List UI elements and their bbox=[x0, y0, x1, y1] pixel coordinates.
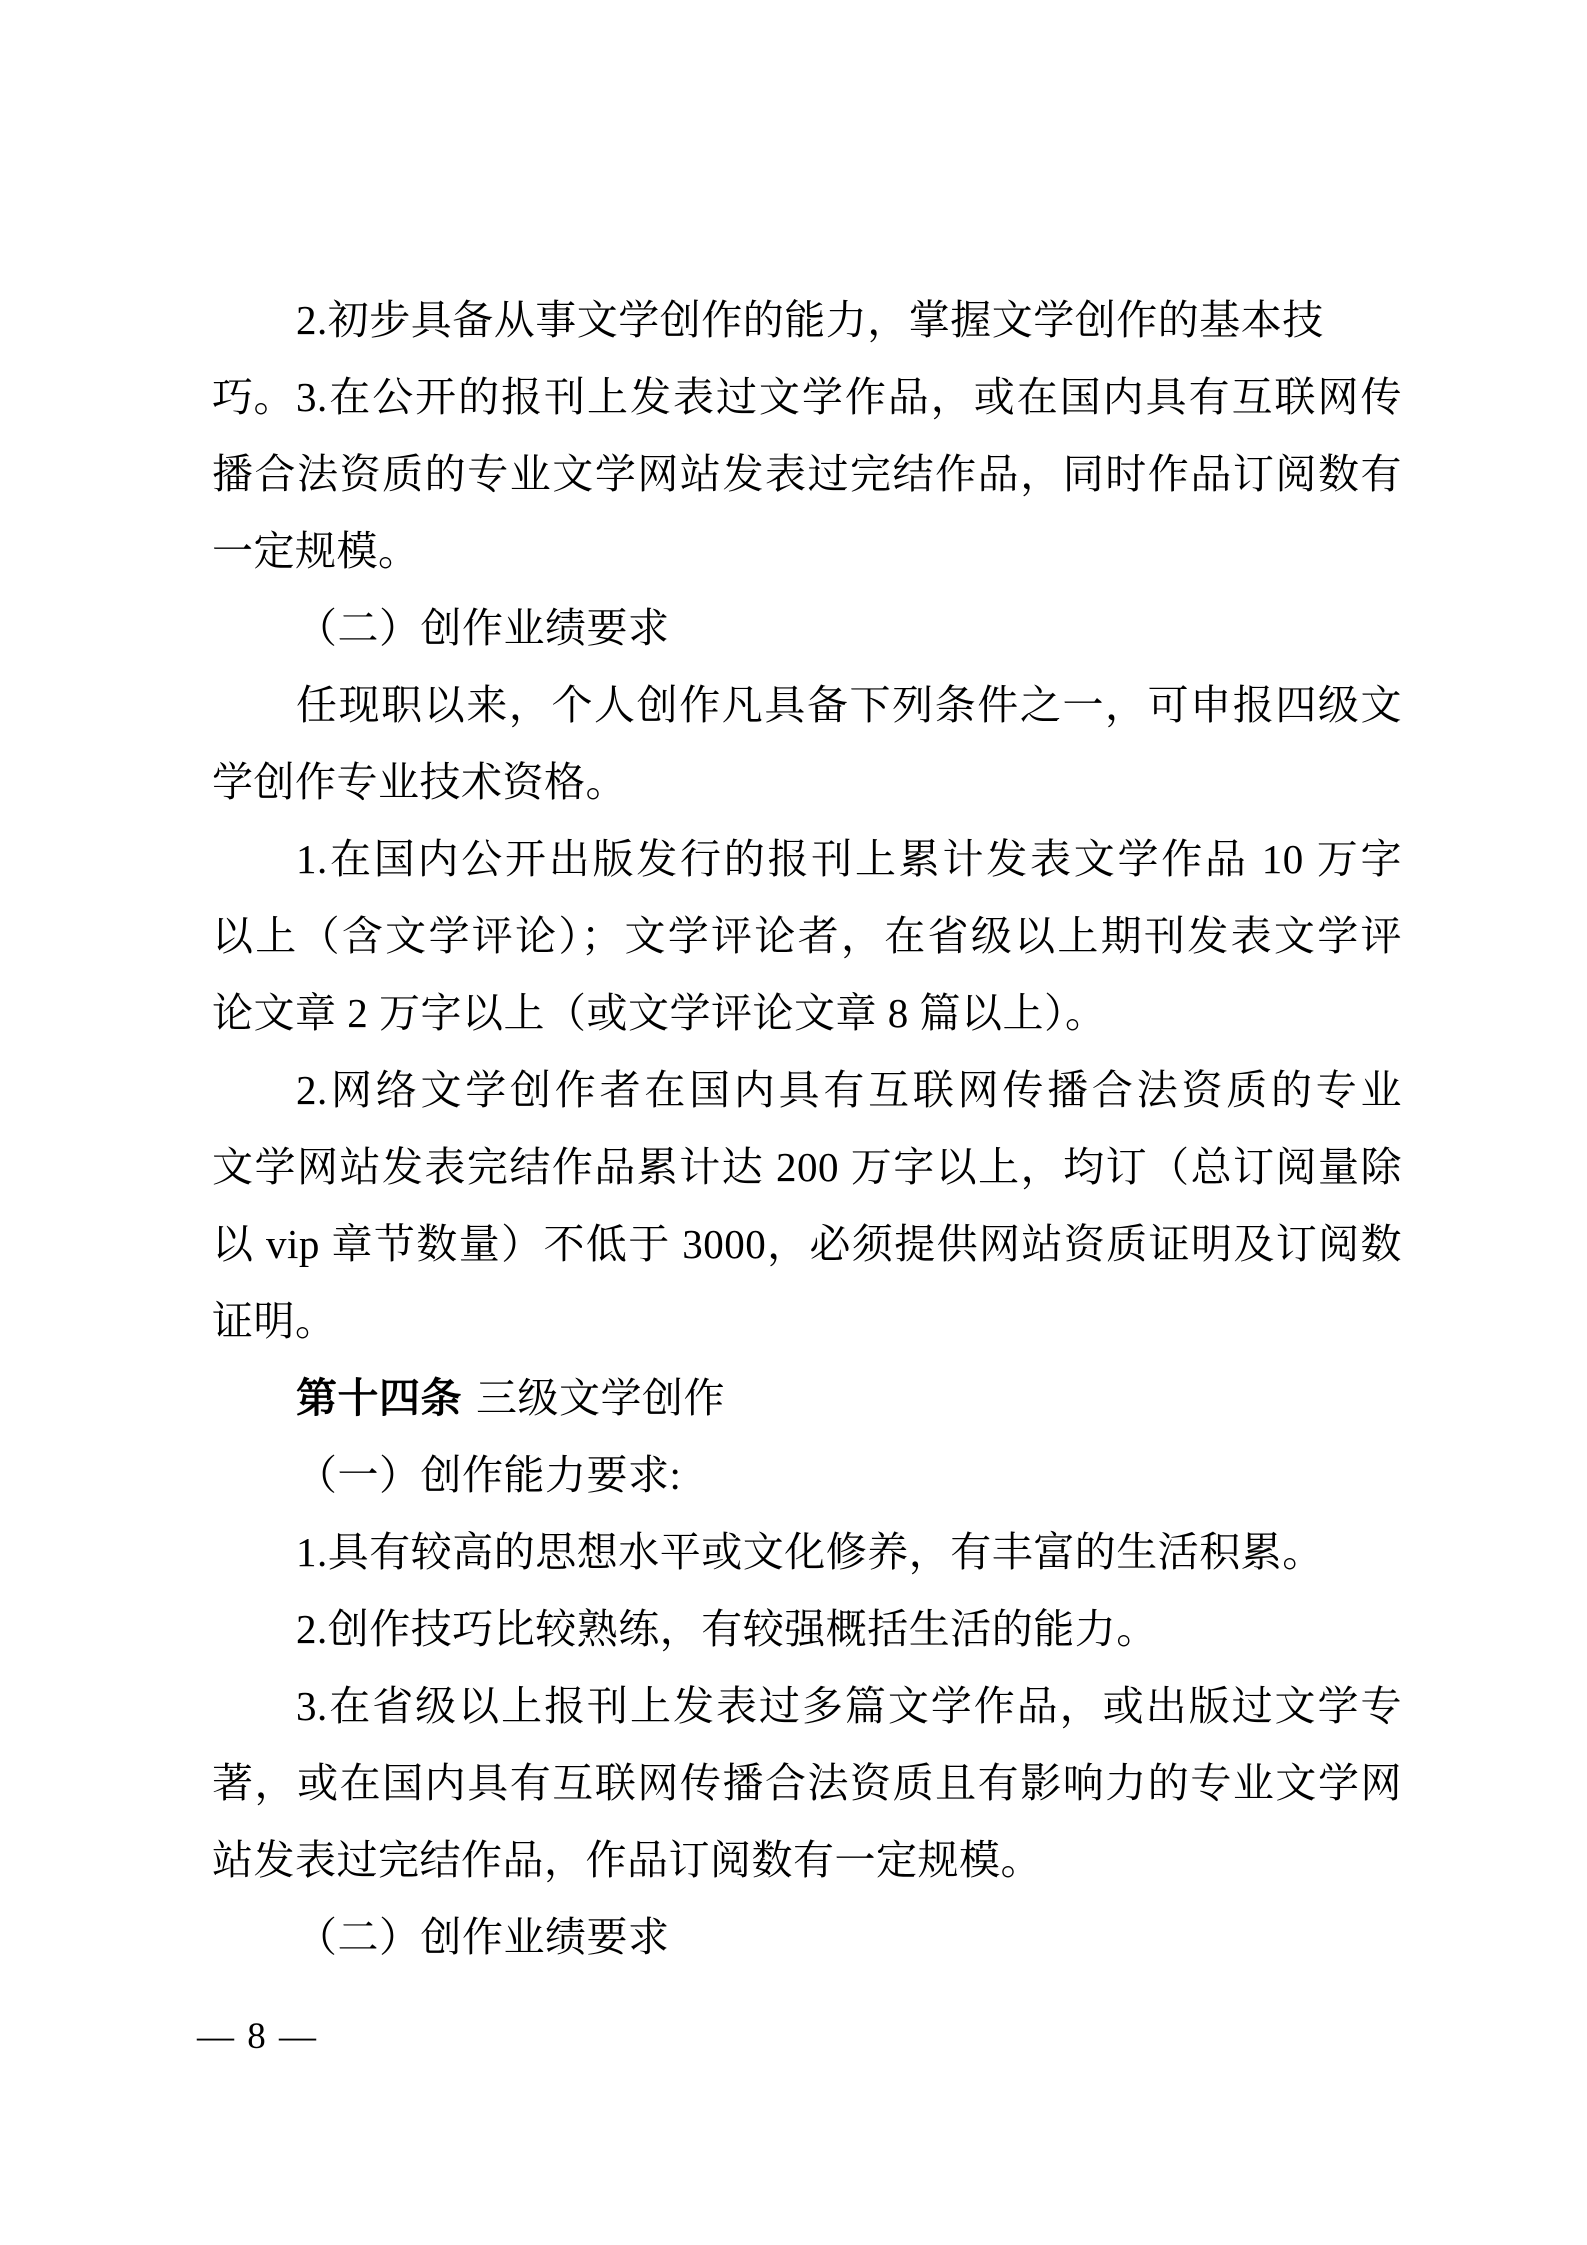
text-line: 文学网站发表完结作品累计达 200 万字以上，均订（总订阅量除 bbox=[212, 1129, 1402, 1206]
text-line: 一定规模。 bbox=[212, 513, 1402, 590]
document-page: 2.初步具备从事文学创作的能力，掌握文学创作的基本技巧。3.在公开的报刊上发表过… bbox=[0, 0, 1587, 2245]
line-text: 站发表过完结作品，作品订阅数有一定规模。 bbox=[212, 1837, 1042, 1883]
line-text: 论文章 2 万字以上（或文学评论文章 8 篇以上）。 bbox=[212, 990, 1107, 1036]
text-line: 2.初步具备从事文学创作的能力，掌握文学创作的基本技巧。 bbox=[212, 282, 1402, 359]
line-text: （二）创作业绩要求 bbox=[296, 605, 670, 651]
line-text: 以 vip 章节数量）不低于 3000，必须提供网站资质证明及订阅数 bbox=[212, 1221, 1402, 1267]
text-line: 证明。 bbox=[212, 1283, 1402, 1360]
line-text: 三级文学创作 bbox=[476, 1375, 725, 1421]
line-text: 证明。 bbox=[212, 1298, 337, 1344]
text-line: 以上（含文学评论）；文学评论者，在省级以上期刊发表文学评 bbox=[212, 898, 1402, 975]
line-text: 以上（含文学评论）；文学评论者，在省级以上期刊发表文学评 bbox=[212, 913, 1402, 959]
text-line: 任现职以来，个人创作凡具备下列条件之一，可申报四级文 bbox=[212, 667, 1402, 744]
text-line: 2.网络文学创作者在国内具有互联网传播合法资质的专业 bbox=[212, 1052, 1402, 1129]
text-line: 2.创作技巧比较熟练，有较强概括生活的能力。 bbox=[212, 1591, 1402, 1668]
article-number: 第十四条 bbox=[296, 1375, 462, 1421]
text-line: 第十四条三级文学创作 bbox=[212, 1360, 1402, 1437]
text-line: 1.在国内公开出版发行的报刊上累计发表文学作品 10 万字 bbox=[212, 821, 1402, 898]
line-text: （二）创作业绩要求 bbox=[296, 1914, 670, 1960]
text-line: 3.在省级以上报刊上发表过多篇文学作品，或出版过文学专 bbox=[212, 1668, 1402, 1745]
line-text: 1.在国内公开出版发行的报刊上累计发表文学作品 10 万字 bbox=[296, 836, 1402, 882]
line-text: 文学网站发表完结作品累计达 200 万字以上，均订（总订阅量除 bbox=[212, 1144, 1402, 1190]
text-line: （二）创作业绩要求 bbox=[212, 590, 1402, 667]
text-line: 3.在公开的报刊上发表过文学作品，或在国内具有互联网传 bbox=[212, 359, 1402, 436]
text-line: 站发表过完结作品，作品订阅数有一定规模。 bbox=[212, 1822, 1402, 1899]
text-line: 学创作专业技术资格。 bbox=[212, 744, 1402, 821]
text-line: 播合法资质的专业文学网站发表过完结作品，同时作品订阅数有 bbox=[212, 436, 1402, 513]
line-text: 一定规模。 bbox=[212, 528, 420, 574]
text-line: 论文章 2 万字以上（或文学评论文章 8 篇以上）。 bbox=[212, 975, 1402, 1052]
line-text: 2.网络文学创作者在国内具有互联网传播合法资质的专业 bbox=[296, 1067, 1402, 1113]
page-footer: — 8 — bbox=[197, 2014, 318, 2060]
line-text: 3.在公开的报刊上发表过文学作品，或在国内具有互联网传 bbox=[296, 374, 1402, 420]
text-line: （一）创作能力要求: bbox=[212, 1437, 1402, 1514]
page-number: — 8 — bbox=[197, 2016, 318, 2057]
document-body: 2.初步具备从事文学创作的能力，掌握文学创作的基本技巧。3.在公开的报刊上发表过… bbox=[212, 282, 1402, 1976]
line-text: 播合法资质的专业文学网站发表过完结作品，同时作品订阅数有 bbox=[212, 451, 1402, 497]
line-text: （一）创作能力要求: bbox=[296, 1452, 681, 1498]
line-text: 著，或在国内具有互联网传播合法资质且有影响力的专业文学网 bbox=[212, 1760, 1402, 1806]
text-line: （二）创作业绩要求 bbox=[212, 1899, 1402, 1976]
text-line: 以 vip 章节数量）不低于 3000，必须提供网站资质证明及订阅数 bbox=[212, 1206, 1402, 1283]
line-text: 1.具有较高的思想水平或文化修养，有丰富的生活积累。 bbox=[296, 1529, 1324, 1575]
text-line: 著，或在国内具有互联网传播合法资质且有影响力的专业文学网 bbox=[212, 1745, 1402, 1822]
line-text: 学创作专业技术资格。 bbox=[212, 759, 627, 805]
line-text: 2.创作技巧比较熟练，有较强概括生活的能力。 bbox=[296, 1606, 1158, 1652]
line-text: 3.在省级以上报刊上发表过多篇文学作品，或出版过文学专 bbox=[296, 1683, 1402, 1729]
line-text: 任现职以来，个人创作凡具备下列条件之一，可申报四级文 bbox=[296, 682, 1402, 728]
text-line: 1.具有较高的思想水平或文化修养，有丰富的生活积累。 bbox=[212, 1514, 1402, 1591]
